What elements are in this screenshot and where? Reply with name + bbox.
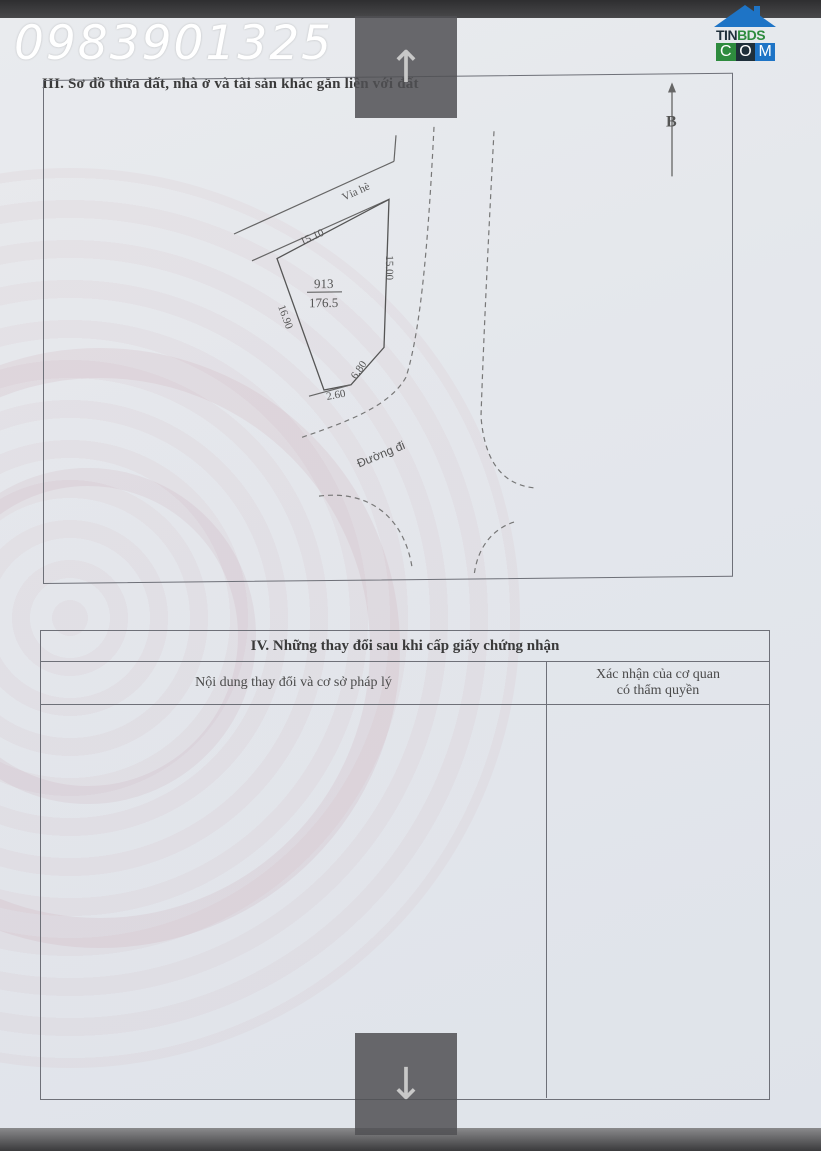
tinbds-logo: TINBDS C O M [714, 5, 776, 63]
parcel-area: 176.5 [309, 295, 338, 310]
chimney-icon [754, 6, 760, 16]
col-header-content: Nội dung thay đổi và cơ sở pháp lý [41, 662, 547, 704]
content-cell [41, 705, 547, 1098]
edge-bottom-label: 2.60 [325, 388, 347, 403]
changes-table: IV. Những thay đổi sau khi cấp giấy chứn… [40, 630, 770, 1100]
parcel-number: 913 [314, 276, 333, 291]
phone-watermark: 0983901325 [14, 16, 333, 71]
edge-left-label: 16.90 [275, 303, 295, 331]
logo-text-top: TINBDS [716, 27, 765, 43]
table-header-row: Nội dung thay đổi và cơ sở pháp lý Xác n… [41, 662, 769, 705]
road-label: Đường đi [355, 438, 407, 470]
col-header-confirmation: Xác nhận của cơ quan có thẩm quyền [547, 662, 769, 704]
house-roof-icon [714, 5, 776, 27]
north-label: B [666, 113, 677, 130]
scroll-up-button[interactable]: ↑ [355, 16, 457, 118]
arrow-down-icon: ↓ [388, 1059, 425, 1110]
logo-text-bottom: C O M [716, 43, 775, 61]
edge-right-label: 15.00 [383, 255, 395, 280]
edge-bottom-right-label: 6.80 [349, 358, 370, 381]
land-plot-diagram: B Vỉa hè 15.10 15.00 16.90 6.80 2.60 913… [43, 73, 733, 584]
section4-title: IV. Những thay đổi sau khi cấp giấy chứn… [41, 631, 769, 662]
arrow-up-icon: ↑ [388, 42, 425, 93]
scroll-down-button[interactable]: ↓ [355, 1033, 457, 1135]
edge-top-label: 15.10 [298, 227, 326, 248]
